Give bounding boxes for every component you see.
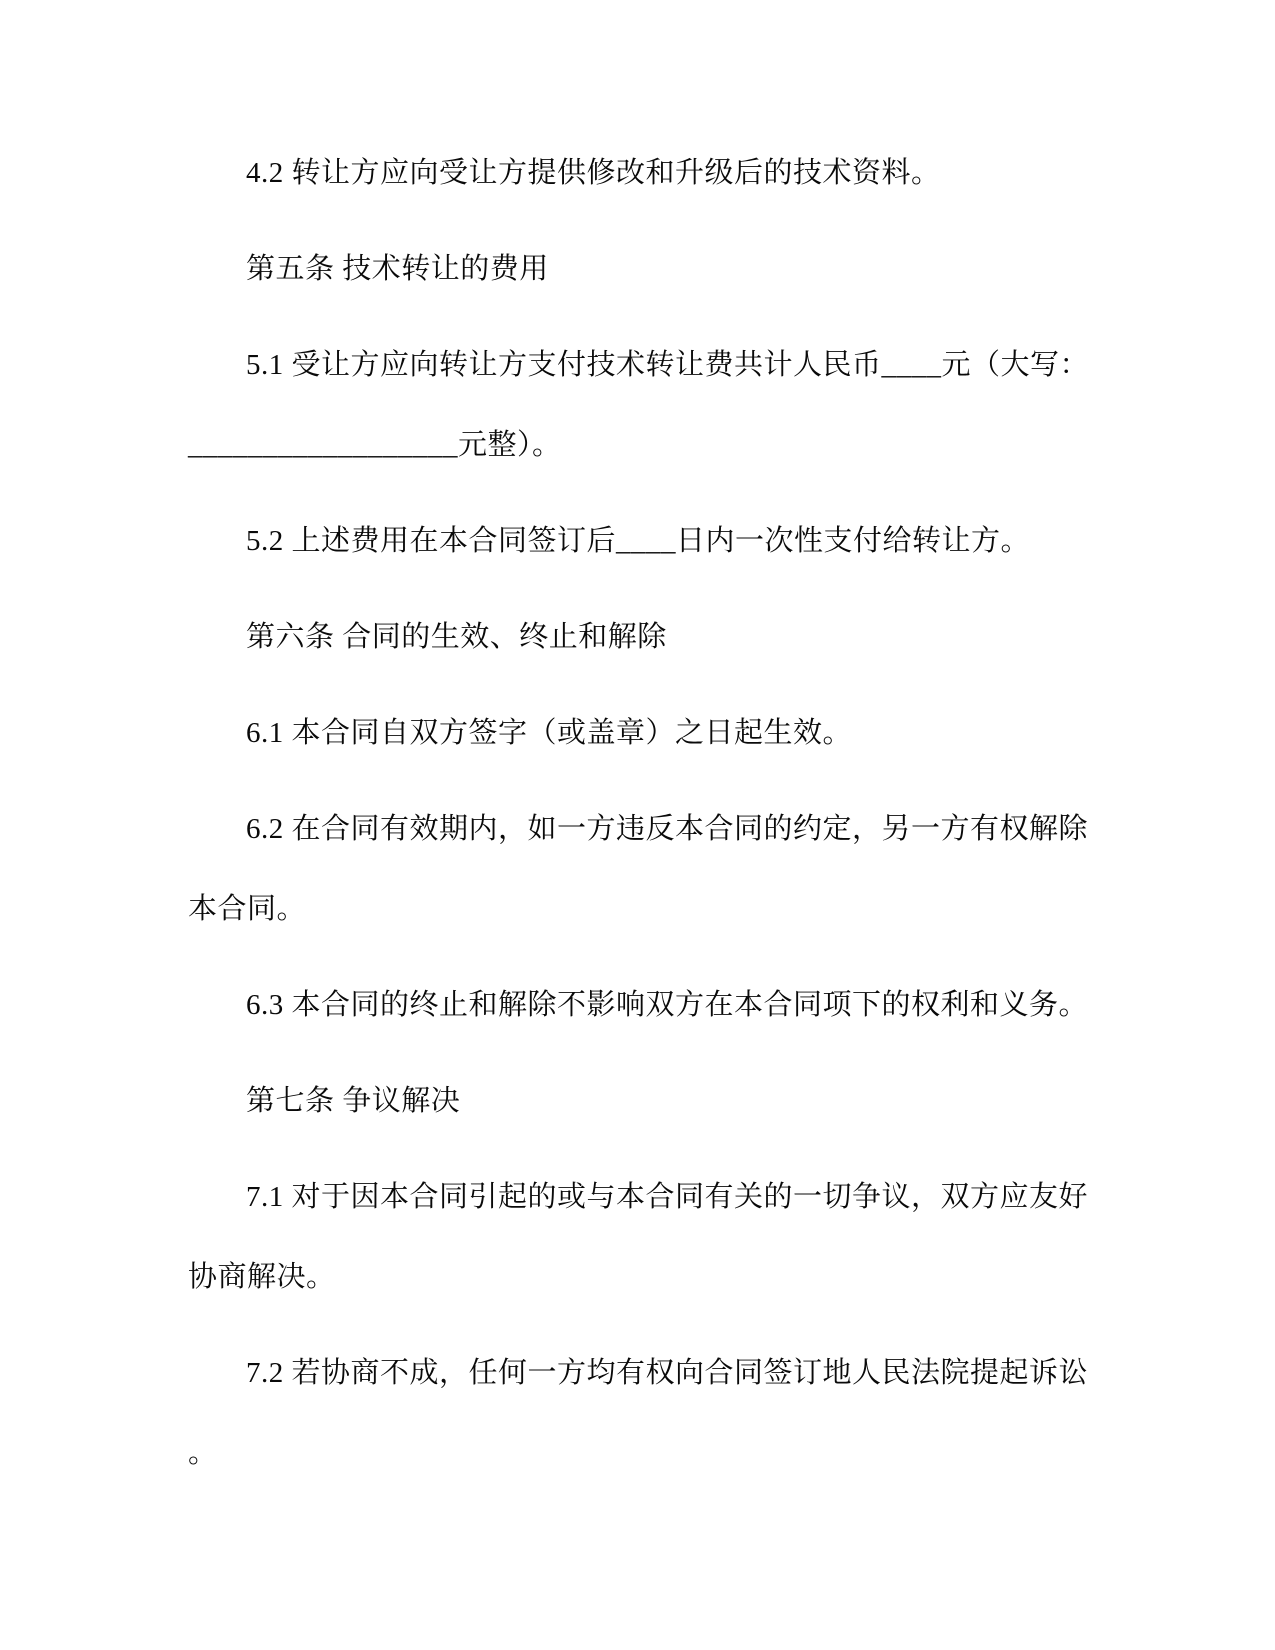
clause-5-1-line-1: 5.1 受让方应向转让方支付技术转让费共计人民币____元（大写： [188, 325, 1088, 405]
clause-7-2: 7.2 若协商不成，任何一方均有权向合同签订地人民法院提起诉讼。 [188, 1333, 1088, 1493]
clause-6-2-line-1: 6.2 在合同有效期内，如一方违反本合同的约定，另一方有权解除 [188, 789, 1088, 869]
clause-7-1-line-2: 协商解决。 [188, 1237, 1088, 1317]
heading-article-6-line-1: 第六条 合同的生效、终止和解除 [188, 597, 1088, 677]
clause-4-2: 4.2 转让方应向受让方提供修改和升级后的技术资料。 [188, 133, 1088, 213]
clause-6-2: 6.2 在合同有效期内，如一方违反本合同的约定，另一方有权解除本合同。 [188, 789, 1088, 949]
document-page: 4.2 转让方应向受让方提供修改和升级后的技术资料。第五条 技术转让的费用5.1… [0, 0, 1275, 1650]
clause-6-2-line-2: 本合同。 [188, 869, 1088, 949]
clause-7-1-line-1: 7.1 对于因本合同引起的或与本合同有关的一切争议，双方应友好 [188, 1157, 1088, 1237]
heading-article-5: 第五条 技术转让的费用 [188, 229, 1088, 309]
clause-4-2-line-1: 4.2 转让方应向受让方提供修改和升级后的技术资料。 [188, 133, 1088, 213]
clause-6-1-line-1: 6.1 本合同自双方签字（或盖章）之日起生效。 [188, 693, 1088, 773]
clause-7-2-line-1: 7.2 若协商不成，任何一方均有权向合同签订地人民法院提起诉讼 [188, 1333, 1088, 1413]
clause-7-1: 7.1 对于因本合同引起的或与本合同有关的一切争议，双方应友好协商解决。 [188, 1157, 1088, 1317]
heading-article-6: 第六条 合同的生效、终止和解除 [188, 597, 1088, 677]
clause-7-2-line-2: 。 [188, 1413, 1088, 1493]
clause-5-1-line-2: __________________元整）。 [188, 405, 1088, 485]
clause-6-3-line-1: 6.3 本合同的终止和解除不影响双方在本合同项下的权利和义务。 [188, 965, 1088, 1045]
heading-article-5-line-1: 第五条 技术转让的费用 [188, 229, 1088, 309]
clause-6-1: 6.1 本合同自双方签字（或盖章）之日起生效。 [188, 693, 1088, 773]
clause-5-1: 5.1 受让方应向转让方支付技术转让费共计人民币____元（大写：_______… [188, 325, 1088, 485]
heading-article-7-line-1: 第七条 争议解决 [188, 1061, 1088, 1141]
clause-5-2-line-1: 5.2 上述费用在本合同签订后____日内一次性支付给转让方。 [188, 501, 1088, 581]
clause-5-2: 5.2 上述费用在本合同签订后____日内一次性支付给转让方。 [188, 501, 1088, 581]
heading-article-7: 第七条 争议解决 [188, 1061, 1088, 1141]
document-body: 4.2 转让方应向受让方提供修改和升级后的技术资料。第五条 技术转让的费用5.1… [188, 133, 1088, 1493]
clause-6-3: 6.3 本合同的终止和解除不影响双方在本合同项下的权利和义务。 [188, 965, 1088, 1045]
